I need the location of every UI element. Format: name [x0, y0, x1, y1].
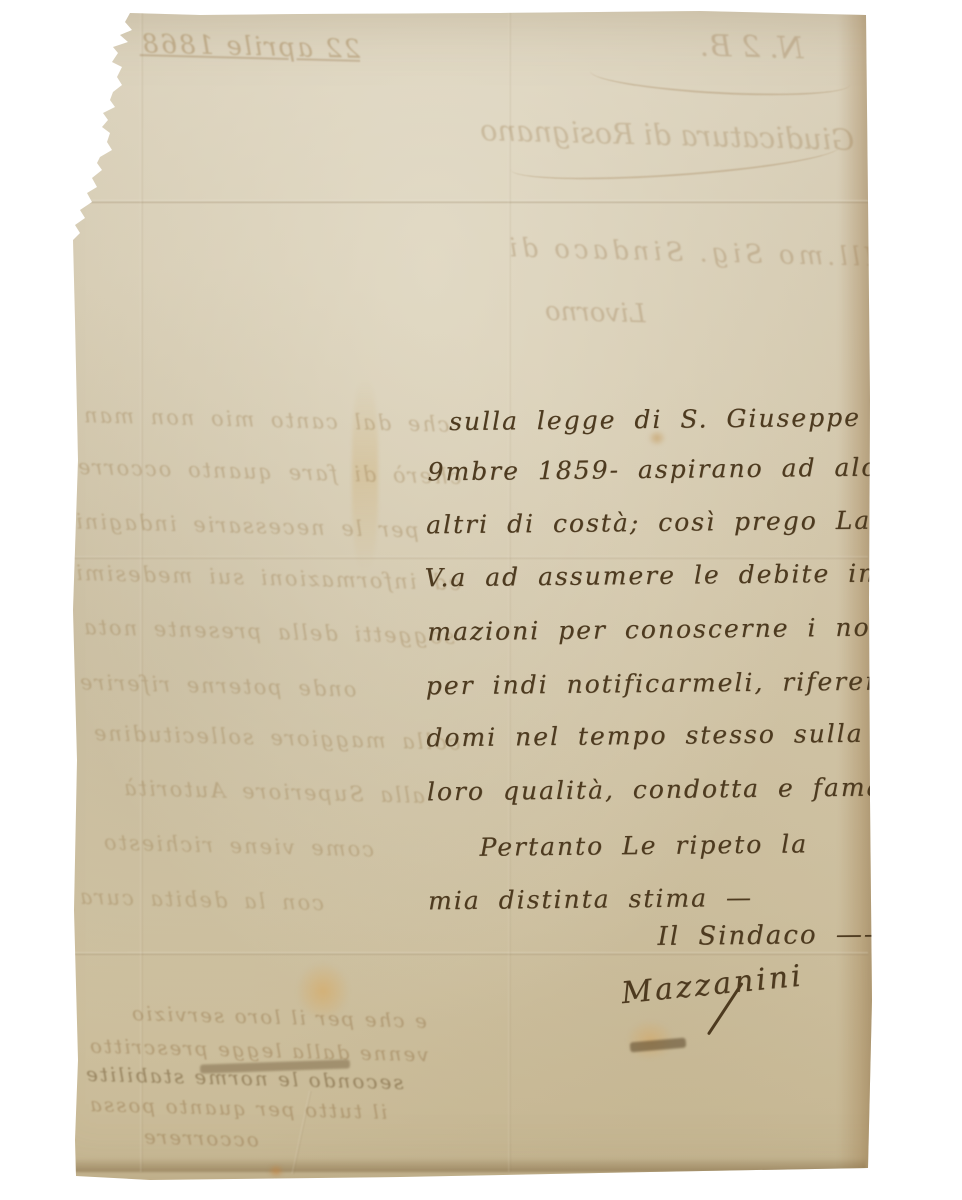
handwritten-line: sulla legge di S. Giuseppe 13.: [449, 402, 925, 436]
scanned-letter: 22 aprile 1868 N. 2 B. Giudicatura di Ro…: [0, 0, 962, 1200]
signoff-line: Il Sindaco ——: [657, 919, 892, 951]
handwritten-line: domi nel tempo stesso sulla: [426, 719, 864, 753]
handwritten-line: per indi notificarmeli, riferen-: [426, 666, 894, 700]
handwritten-line: V.a ad assumere le debite infor-: [425, 558, 930, 592]
handwritten-line: mazioni per conoscerne i nomi: [427, 612, 906, 646]
handwriting-layer: sulla legge di S. Giuseppe 13. 9mbre 185…: [0, 0, 962, 1200]
signature: Mazzanini: [620, 959, 805, 1012]
handwritten-line: 9mbre 1859- aspirano ad alcuni: [427, 452, 923, 486]
handwritten-line: altri di costà; così prego La S.: [426, 505, 917, 539]
handwritten-line: loro qualità, condotta e fama —: [427, 772, 929, 806]
handwritten-line: Pertanto Le ripeto la: [479, 829, 808, 861]
handwritten-line: mia distinta stima —: [428, 883, 753, 915]
letter-page: 22 aprile 1868 N. 2 B. Giudicatura di Ro…: [0, 0, 962, 1200]
